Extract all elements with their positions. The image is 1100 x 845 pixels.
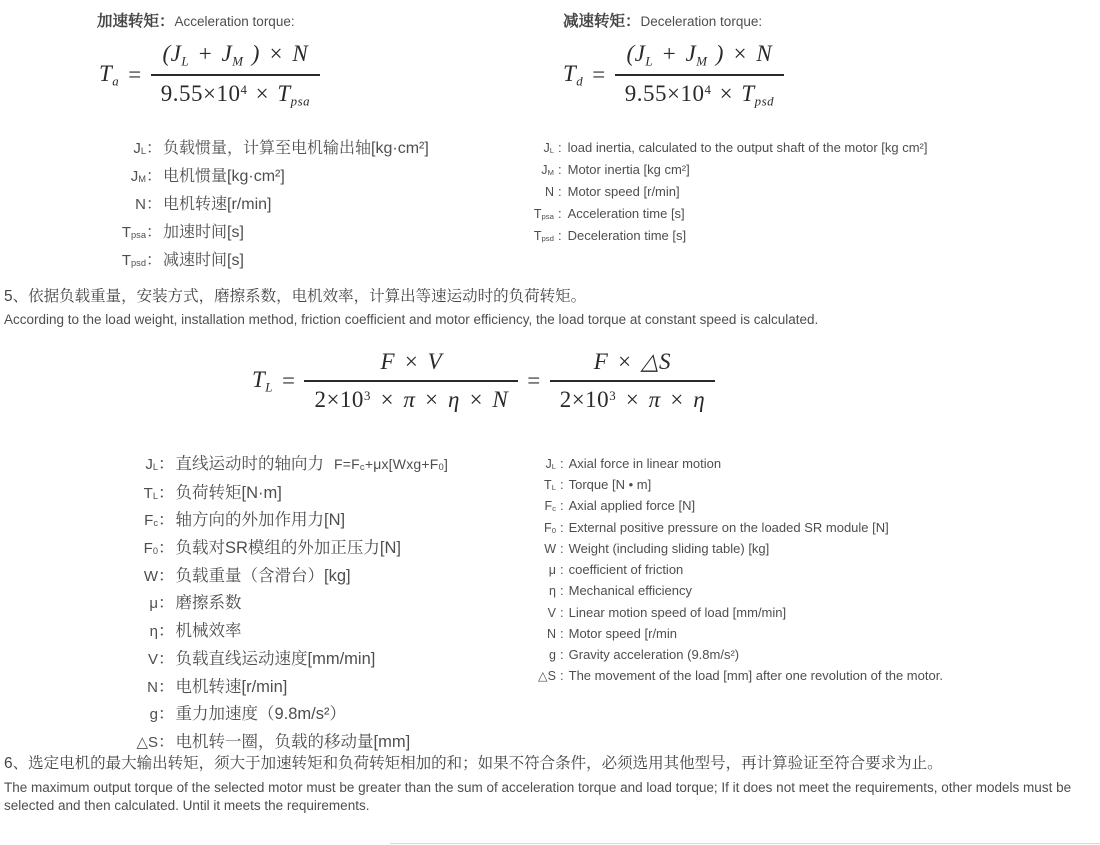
colon: : [560,582,564,600]
acceleration-title-zh: 加速转矩： [97,9,175,31]
definition-text: 磨擦系数 [176,591,242,616]
denominator: 2×103 × π × η × N [304,380,518,413]
colon: : [560,497,564,515]
definition-row: W：负载重量（含滑台）[kg] [110,564,448,592]
formula-lhs: Td [563,61,583,89]
definition-text: External positive pressure on the loaded… [569,519,889,537]
symbol-label: N [100,192,146,220]
definition-row: JL：负载惯量，计算至电机输出轴[kg·cm²] [100,136,429,164]
definition-row: η:Mechanical efficiency [518,582,943,603]
colon: ： [158,702,175,727]
definition-row: N:Motor speed [r/min [518,625,943,646]
definition-row: JM：电机惯量[kg·cm²] [100,164,429,192]
bottom-divider [390,843,1100,844]
definition-text: 加速时间[s] [163,220,244,245]
symbol-label: η [518,582,556,603]
section-6-heading-zh: 6、选定电机的最大输出转矩，须大于加速转矩和负荷转矩相加的和；如果不符合条件，必… [4,751,943,773]
symbol-label: F0 [518,519,556,540]
fraction: (JL + JM ) × N 9.55×104 × Tpsd [615,41,784,110]
definition-row: W:Weight (including sliding table) [kg] [518,540,943,561]
section-5-heading-en: According to the load weight, installati… [4,311,818,329]
fraction-2: F × △S 2×103 × π × η [550,349,715,414]
definition-text: 电机转速[r/min] [163,192,271,217]
colon: ： [158,452,175,477]
colon: : [560,625,564,643]
symbol-label: N [518,183,554,204]
deceleration-title-en: Deceleration torque: [641,14,763,29]
symbol-label: JM [100,164,146,192]
definitions-list-accel-zh: JL：负载惯量，计算至电机输出轴[kg·cm²] JM：电机惯量[kg·cm²]… [100,136,429,277]
definition-text: 电机转速[r/min] [176,675,288,700]
colon: : [560,455,564,473]
symbol-label: JL [518,455,556,476]
colon: : [560,540,564,558]
colon: ： [146,136,162,161]
colon: ： [158,536,175,561]
symbol-label: η [110,620,158,647]
colon: : [558,204,562,223]
definition-row: JL：直线运动时的轴向力F=Fc+μx[Wxg+F0] [110,452,448,481]
colon: ： [146,248,162,273]
definition-row: g:Gravity acceleration (9.8m/s²) [518,646,943,667]
definition-row: JL:Axial force in linear motion [518,455,943,476]
colon: : [558,138,562,157]
colon: : [560,667,564,685]
definition-text: 直线运动时的轴向力 [176,452,325,477]
definition-row: JL:load inertia, calculated to the outpu… [518,138,928,160]
axial-force-formula: F=Fc+μx[Wxg+F0] [334,452,448,481]
definition-text: 负载惯量，计算至电机输出轴[kg·cm²] [163,136,429,161]
symbol-label: W [110,565,158,592]
definition-text: 轴方向的外加作用力[N] [176,508,346,533]
symbol-label: μ [110,592,158,619]
symbol-label: △S [518,667,556,688]
load-torque-formula: TL = F × V 2×103 × π × η × N = F × △S 2×… [252,349,715,414]
symbol-label: F0 [110,537,158,564]
definition-row: μ:coefficient of friction [518,561,943,582]
equals-sign: = [592,62,605,88]
equals-sign: = [282,368,295,394]
fraction-1: F × V 2×103 × π × η × N [304,349,518,414]
equals-sign: = [128,62,141,88]
definitions-list-load-zh: JL：直线运动时的轴向力F=Fc+μx[Wxg+F0] TL：负荷转矩[N·m]… [110,452,448,758]
symbol-label: Fc [518,497,556,518]
fraction: (JL + JM ) × N 9.55×104 × Tpsa [151,41,320,110]
symbol-label: JL [518,139,554,160]
acceleration-torque-formula: Ta = (JL + JM ) × N 9.55×104 × Tpsa [99,41,320,110]
definition-row: JM:Motor inertia [kg cm²] [518,160,928,182]
definition-text: 负荷转矩[N·m] [176,481,282,506]
definitions-list-load-en: JL:Axial force in linear motion TL:Torqu… [518,455,943,688]
deceleration-title-zh: 减速转矩： [563,9,641,31]
definition-text: 电机惯量[kg·cm²] [163,164,285,189]
colon: : [560,561,564,579]
definition-row: μ：磨擦系数 [110,591,448,619]
colon: : [560,646,564,664]
formula-lhs: Ta [99,61,119,89]
colon: ： [146,220,162,245]
colon: ： [158,675,175,700]
definition-row: N：电机转速[r/min] [110,675,448,703]
symbol-label: N [110,676,158,703]
document-page: 加速转矩： Acceleration torque: Ta = (JL + JM… [0,0,1100,845]
colon: ： [158,619,175,644]
definition-text: Axial applied force [N] [569,497,695,515]
definition-row: V:Linear motion speed of load [mm/min] [518,604,943,625]
symbol-label: V [110,648,158,675]
numerator: F × V [371,349,453,380]
definition-text: load inertia, calculated to the output s… [568,138,928,157]
definition-text: The movement of the load [mm] after one … [569,667,943,685]
colon: ： [158,564,175,589]
symbol-label: Tpsa [100,220,146,248]
numerator: (JL + JM ) × N [616,41,782,74]
symbol-label: g [110,703,158,730]
definition-row: F0：负载对SR模组的外加正压力[N] [110,536,448,564]
definition-row: Tpsd：减速时间[s] [100,248,429,276]
colon: : [558,160,562,179]
definition-text: 负载对SR模组的外加正压力[N] [176,536,402,561]
formula-lhs: TL [252,367,273,395]
symbol-label: Tpsd [518,227,554,248]
definition-row: △S:The movement of the load [mm] after o… [518,667,943,688]
deceleration-title: 减速转矩： Deceleration torque: [563,9,762,31]
symbol-label: JM [518,161,554,182]
symbol-label: Tpsa [518,205,554,226]
section-6-heading-en: The maximum output torque of the selecte… [4,779,1092,814]
definition-text: Motor speed [r/min [569,625,677,643]
colon: ： [158,481,175,506]
definition-row: N：电机转速[r/min] [100,192,429,220]
definition-text: Weight (including sliding table) [kg] [569,540,770,558]
definition-text: Torque [N • m] [569,476,652,494]
denominator: 2×103 × π × η [550,380,715,413]
definition-text: Acceleration time [s] [568,204,685,223]
colon: : [560,519,564,537]
colon: : [560,604,564,622]
definition-text: 负载重量（含滑台）[kg] [176,564,351,589]
definition-row: Fc:Axial applied force [N] [518,497,943,518]
definition-text: Gravity acceleration (9.8m/s²) [569,646,740,664]
definition-text: 机械效率 [176,619,242,644]
symbol-label: N [518,625,556,646]
definition-text: coefficient of friction [569,561,684,579]
definition-text: Linear motion speed of load [mm/min] [569,604,787,622]
denominator: 9.55×104 × Tpsd [615,74,784,109]
definition-row: F0:External positive pressure on the loa… [518,519,943,540]
colon: ： [158,647,175,672]
definition-row: Tpsd:Deceleration time [s] [518,226,928,248]
definition-text: Deceleration time [s] [568,226,687,245]
acceleration-title: 加速转矩： Acceleration torque: [97,9,295,31]
deceleration-torque-formula: Td = (JL + JM ) × N 9.55×104 × Tpsd [563,41,784,110]
colon: ： [158,591,175,616]
definition-row: V：负载直线运动速度[mm/min] [110,647,448,675]
colon: : [558,226,562,245]
definition-row: g：重力加速度（9.8m/s²） [110,702,448,730]
symbol-label: TL [518,476,556,497]
symbol-label: JL [100,136,146,164]
symbol-label: JL [110,453,158,480]
definition-row: Fc：轴方向的外加作用力[N] [110,508,448,536]
symbol-label: TL [110,482,158,509]
definition-row: Tpsa：加速时间[s] [100,220,429,248]
colon: : [560,476,564,494]
colon: ： [146,192,162,217]
symbol-label: g [518,646,556,667]
colon: : [558,182,562,201]
definition-text: Motor inertia [kg cm²] [568,160,690,179]
symbol-label: μ [518,561,556,582]
colon: ： [146,164,162,189]
denominator: 9.55×104 × Tpsa [151,74,320,109]
symbol-label: W [518,540,556,561]
definition-text: 重力加速度（9.8m/s²） [176,702,347,727]
symbol-label: Tpsd [100,248,146,276]
definition-row: η：机械效率 [110,619,448,647]
colon: ： [158,508,175,533]
numerator: (JL + JM ) × N [152,41,318,74]
section-5-heading-zh: 5、依据负载重量，安装方式，磨擦系数，电机效率，计算出等速运动时的负荷转矩。 [4,284,586,306]
definition-text: Axial force in linear motion [569,455,721,473]
symbol-label: V [518,604,556,625]
definition-text: Motor speed [r/min] [568,182,680,201]
definition-row: TL：负荷转矩[N·m] [110,481,448,509]
numerator: F × △S [584,349,681,380]
acceleration-title-en: Acceleration torque: [175,14,295,29]
definition-row: Tpsa:Acceleration time [s] [518,204,928,226]
definitions-list-accel-en: JL:load inertia, calculated to the outpu… [518,138,928,248]
definition-row: TL:Torque [N • m] [518,476,943,497]
definition-text: 负载直线运动速度[mm/min] [176,647,376,672]
equals-sign: = [527,368,540,394]
definition-text: 减速时间[s] [163,248,244,273]
symbol-label: Fc [110,509,158,536]
definition-text: Mechanical efficiency [569,582,692,600]
definition-row: N:Motor speed [r/min] [518,182,928,204]
